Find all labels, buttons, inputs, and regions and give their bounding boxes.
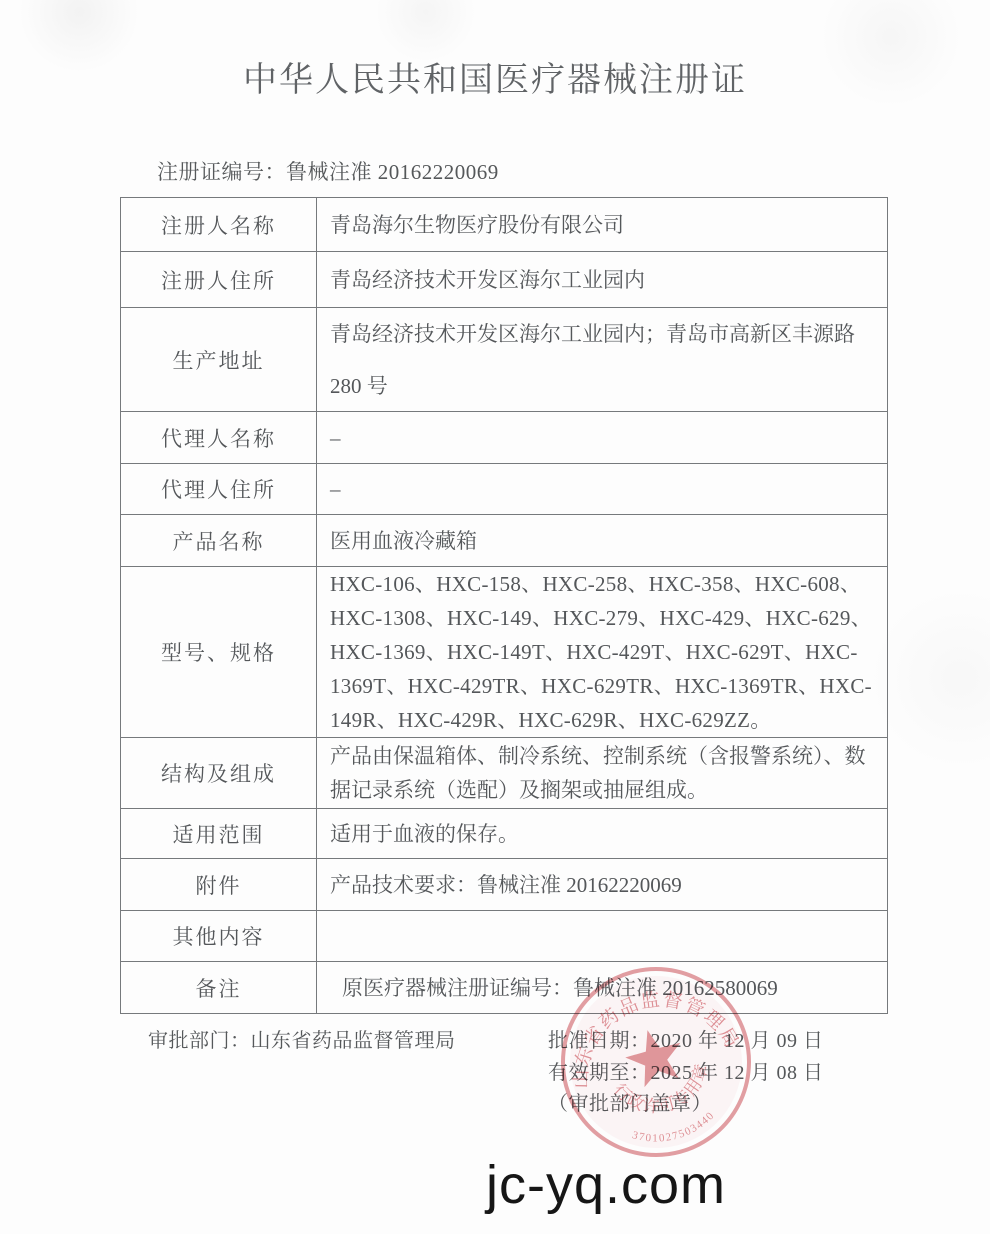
row-value: 青岛经济技术开发区海尔工业园内 [317, 252, 887, 307]
row-label: 代理人名称 [121, 412, 317, 463]
row-value-text: 医用血液冷藏箱 [330, 524, 477, 558]
row-value: 青岛海尔生物医疗股份有限公司 [317, 198, 887, 251]
table-row: 代理人住所– [121, 463, 887, 514]
row-value: 青岛经济技术开发区海尔工业园内；青岛市高新区丰源路 280 号 [317, 308, 887, 411]
table-row: 型号、规格HXC-106、HXC-158、HXC-258、HXC-358、HXC… [121, 566, 887, 737]
table-row: 结构及组成产品由保温箱体、制冷系统、控制系统（含报警系统）、数据记录系统（选配）… [121, 737, 887, 808]
table-row: 适用范围适用于血液的保存。 [121, 808, 887, 858]
table-row: 代理人名称– [121, 411, 887, 463]
valid-until-line: 有效期至：2025 年 12 月 08 日 [548, 1056, 824, 1085]
row-value-text: 原医疗器械注册证编号：鲁械注准 20162580069 [342, 971, 778, 1005]
row-label: 结构及组成 [121, 738, 317, 808]
row-label: 生产地址 [121, 308, 317, 411]
row-label: 备注 [121, 962, 317, 1013]
table-row: 其他内容 [121, 910, 887, 961]
row-label: 附件 [121, 859, 317, 910]
row-value: 产品由保温箱体、制冷系统、控制系统（含报警系统）、数据记录系统（选配）及搁架或抽… [317, 738, 887, 808]
row-label: 代理人住所 [121, 464, 317, 514]
row-label: 其他内容 [121, 911, 317, 961]
row-value-text: 青岛海尔生物医疗股份有限公司 [330, 208, 624, 242]
row-value-text: – [330, 421, 341, 455]
row-value: 原医疗器械注册证编号：鲁械注准 20162580069 [317, 962, 887, 1013]
row-value: 医用血液冷藏箱 [317, 515, 887, 566]
row-label: 型号、规格 [121, 567, 317, 737]
row-value-text: 青岛经济技术开发区海尔工业园内 [330, 263, 645, 297]
row-value: HXC-106、HXC-158、HXC-258、HXC-358、HXC-608、… [317, 567, 887, 737]
page-title: 中华人民共和国医疗器械注册证 [0, 52, 990, 101]
seal-note: （审批部门盖章） [548, 1087, 712, 1116]
valid-until-label: 有效期至： [548, 1062, 651, 1084]
table-row: 生产地址青岛经济技术开发区海尔工业园内；青岛市高新区丰源路 280 号 [121, 307, 887, 411]
approval-dept-value: 山东省药品监督管理局 [251, 1030, 456, 1052]
cert-number-value: 鲁械注准 20162220069 [286, 160, 499, 184]
row-value-text: 产品技术要求：鲁械注准 20162220069 [330, 868, 682, 902]
table-row: 注册人住所青岛经济技术开发区海尔工业园内 [121, 251, 887, 307]
row-label: 产品名称 [121, 515, 317, 566]
row-value-text: 适用于血液的保存。 [330, 817, 519, 851]
row-value-text: HXC-106、HXC-158、HXC-258、HXC-358、HXC-608、… [330, 567, 877, 737]
approval-date-value: 2020 年 12 月 09 日 [651, 1030, 824, 1052]
table-row: 产品名称医用血液冷藏箱 [121, 514, 887, 566]
row-value: 产品技术要求：鲁械注准 20162220069 [317, 859, 887, 910]
table-row: 附件产品技术要求：鲁械注准 20162220069 [121, 858, 887, 910]
row-value-text: 青岛经济技术开发区海尔工业园内；青岛市高新区丰源路 280 号 [330, 308, 877, 412]
row-value-text: 产品由保温箱体、制冷系统、控制系统（含报警系统）、数据记录系统（选配）及搁架或抽… [330, 739, 877, 807]
approval-date-line: 批准日期：2020 年 12 月 09 日 [548, 1024, 824, 1053]
row-label: 注册人名称 [121, 198, 317, 251]
approval-date-label: 批准日期： [548, 1030, 651, 1052]
approval-dept-label: 审批部门： [148, 1030, 251, 1052]
row-value: 适用于血液的保存。 [317, 809, 887, 858]
row-value: – [317, 412, 887, 463]
cert-number-line: 注册证编号：鲁械注准 20162220069 [157, 156, 499, 186]
certificate-page: 中华人民共和国医疗器械注册证 注册证编号：鲁械注准 20162220069 注册… [0, 0, 990, 1234]
table-row: 注册人名称青岛海尔生物医疗股份有限公司 [121, 198, 887, 251]
row-value: – [317, 464, 887, 514]
valid-until-value: 2025 年 12 月 08 日 [651, 1062, 824, 1084]
cert-number-label: 注册证编号： [157, 160, 286, 184]
row-label: 注册人住所 [121, 252, 317, 307]
table-row: 备注原医疗器械注册证编号：鲁械注准 20162580069 [121, 961, 887, 1013]
registration-table: 注册人名称青岛海尔生物医疗股份有限公司注册人住所青岛经济技术开发区海尔工业园内生… [120, 197, 888, 1014]
site-watermark: jc-yq.com [486, 1158, 726, 1212]
row-value [317, 911, 887, 961]
approval-dept-line: 审批部门：山东省药品监督管理局 [148, 1024, 456, 1053]
row-label: 适用范围 [121, 809, 317, 858]
row-value-text: – [330, 472, 341, 506]
